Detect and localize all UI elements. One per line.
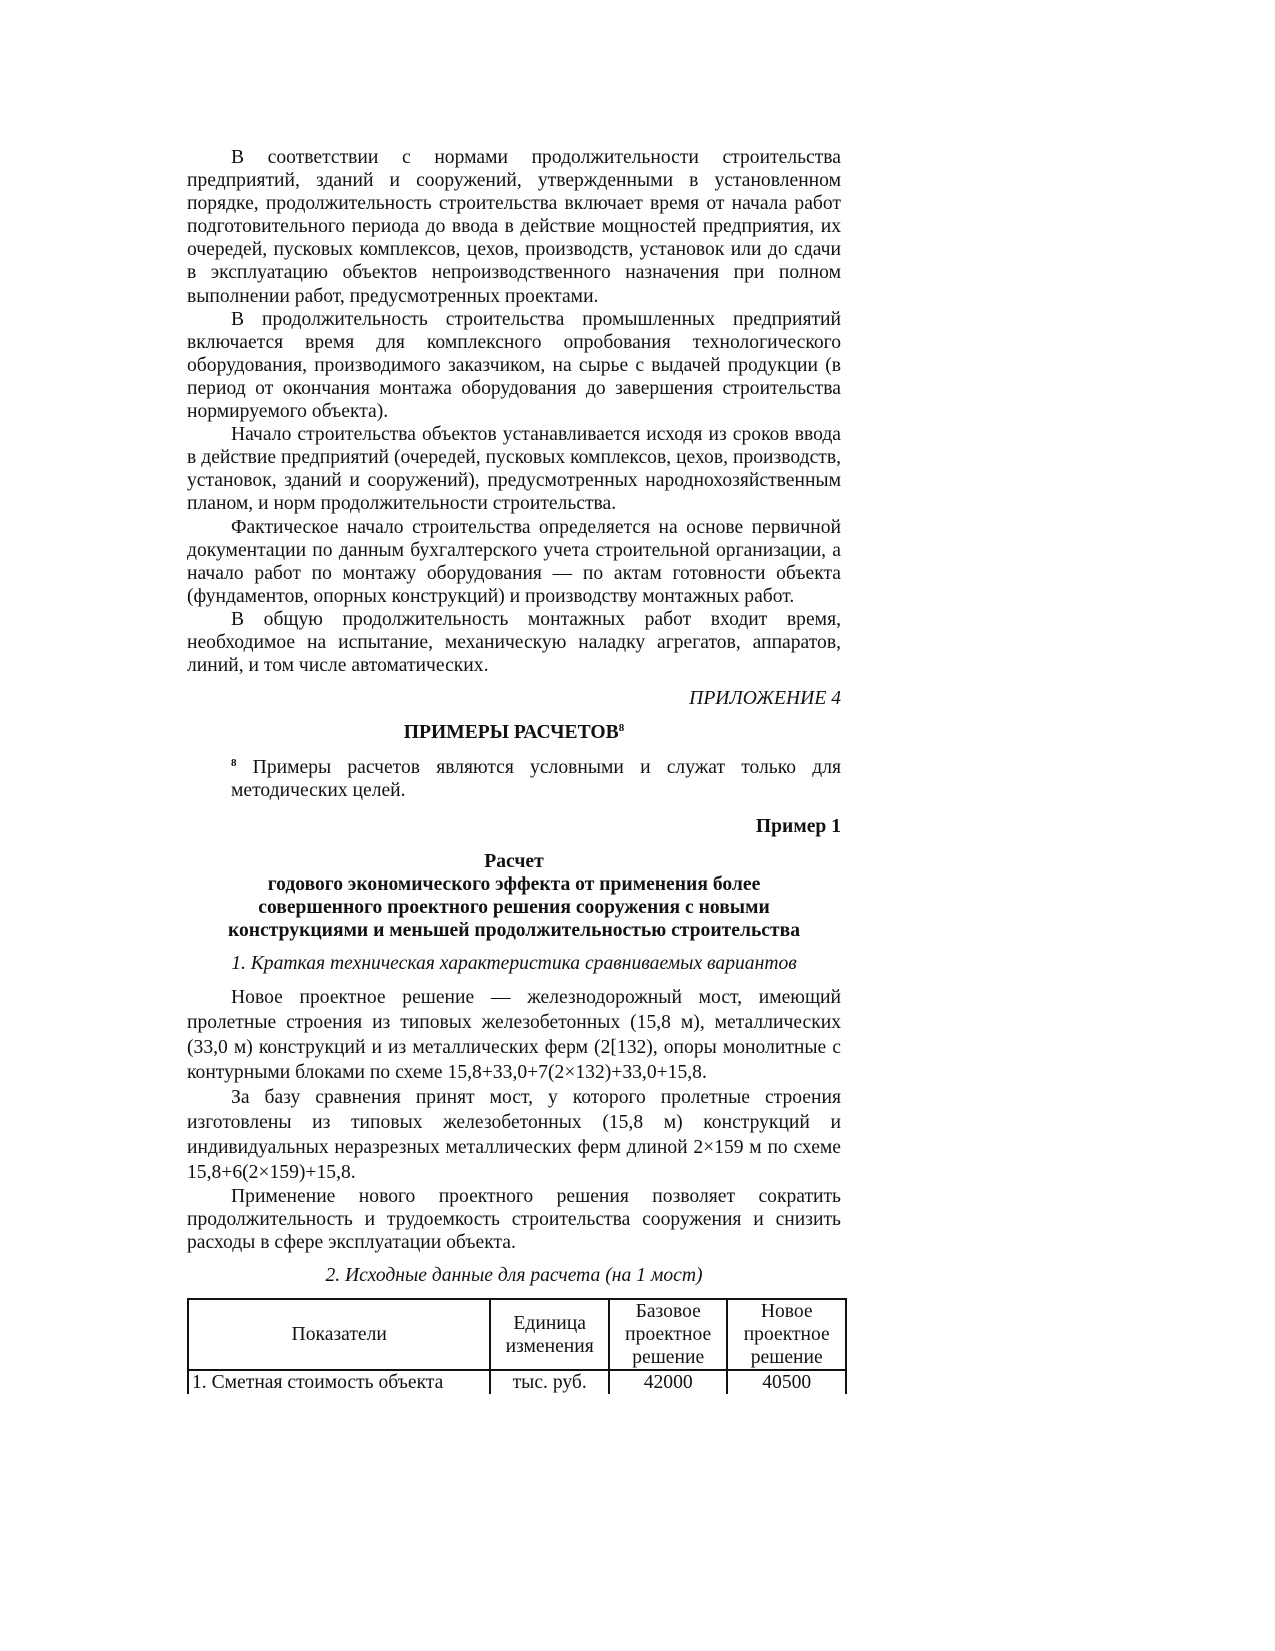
calc-title-line: совершенного проектного решения сооружен… — [187, 896, 841, 919]
footnote-ref: 8 — [619, 722, 625, 734]
footnote-mark: 8 — [231, 757, 237, 769]
footnote-text: Примеры расчетов являются условными и сл… — [231, 757, 841, 801]
paragraph: За базу сравнения принят мост, у которог… — [187, 1085, 841, 1185]
cell-unit: тыс. руб. — [490, 1370, 609, 1394]
col-header-base: Базовое проектное решение — [609, 1299, 728, 1370]
calc-title-line: Расчет — [187, 850, 841, 873]
footnote: 8 Примеры расчетов являются условными и … — [231, 756, 841, 802]
calc-title-line: годового экономического эффекта от приме… — [187, 873, 841, 896]
calc-title: Расчет годового экономического эффекта о… — [187, 850, 841, 942]
source-data-table: Показатели Единица изменения Базовое про… — [187, 1298, 847, 1394]
section1-body: Новое проектное решение — железнодорожны… — [187, 985, 841, 1185]
calc-title-line: конструкциями и меньшей продолжительност… — [187, 919, 841, 942]
table-row: 1. Сметная стоимость объекта тыс. руб. 4… — [188, 1370, 846, 1394]
paragraph: Применение нового проектного решения поз… — [187, 1185, 841, 1254]
subsection-heading-2: 2. Исходные данные для расчета (на 1 мос… — [187, 1264, 841, 1287]
paragraph: Новое проектное решение — железнодорожны… — [187, 985, 841, 1085]
col-header-new: Новое проектное решение — [727, 1299, 846, 1370]
cell-new: 40500 — [727, 1370, 846, 1394]
col-header-unit: Единица изменения — [490, 1299, 609, 1370]
cell-base: 42000 — [609, 1370, 728, 1394]
paragraph: В продолжительность строительства промыш… — [187, 308, 841, 423]
document-page: В соответствии с нормами продолжительнос… — [187, 146, 841, 1394]
paragraph: Фактическое начало строительства определ… — [187, 516, 841, 608]
col-header-indicators: Показатели — [188, 1299, 490, 1370]
appendix-label: ПРИЛОЖЕНИЕ 4 — [187, 687, 841, 710]
table-header-row: Показатели Единица изменения Базовое про… — [188, 1299, 846, 1370]
subsection-heading-1: 1. Краткая техническая характеристика ср… — [187, 952, 841, 975]
section-title: ПРИМЕРЫ РАСЧЕТОВ8 — [187, 721, 841, 744]
cell-indicator: 1. Сметная стоимость объекта — [188, 1370, 490, 1394]
paragraph: В соответствии с нормами продолжительнос… — [187, 146, 841, 308]
section-title-text: ПРИМЕРЫ РАСЧЕТОВ — [404, 722, 619, 743]
example-label: Пример 1 — [187, 815, 841, 838]
paragraph: Начало строительства объектов устанавлив… — [187, 423, 841, 515]
paragraph: В общую продолжительность монтажных рабо… — [187, 608, 841, 677]
